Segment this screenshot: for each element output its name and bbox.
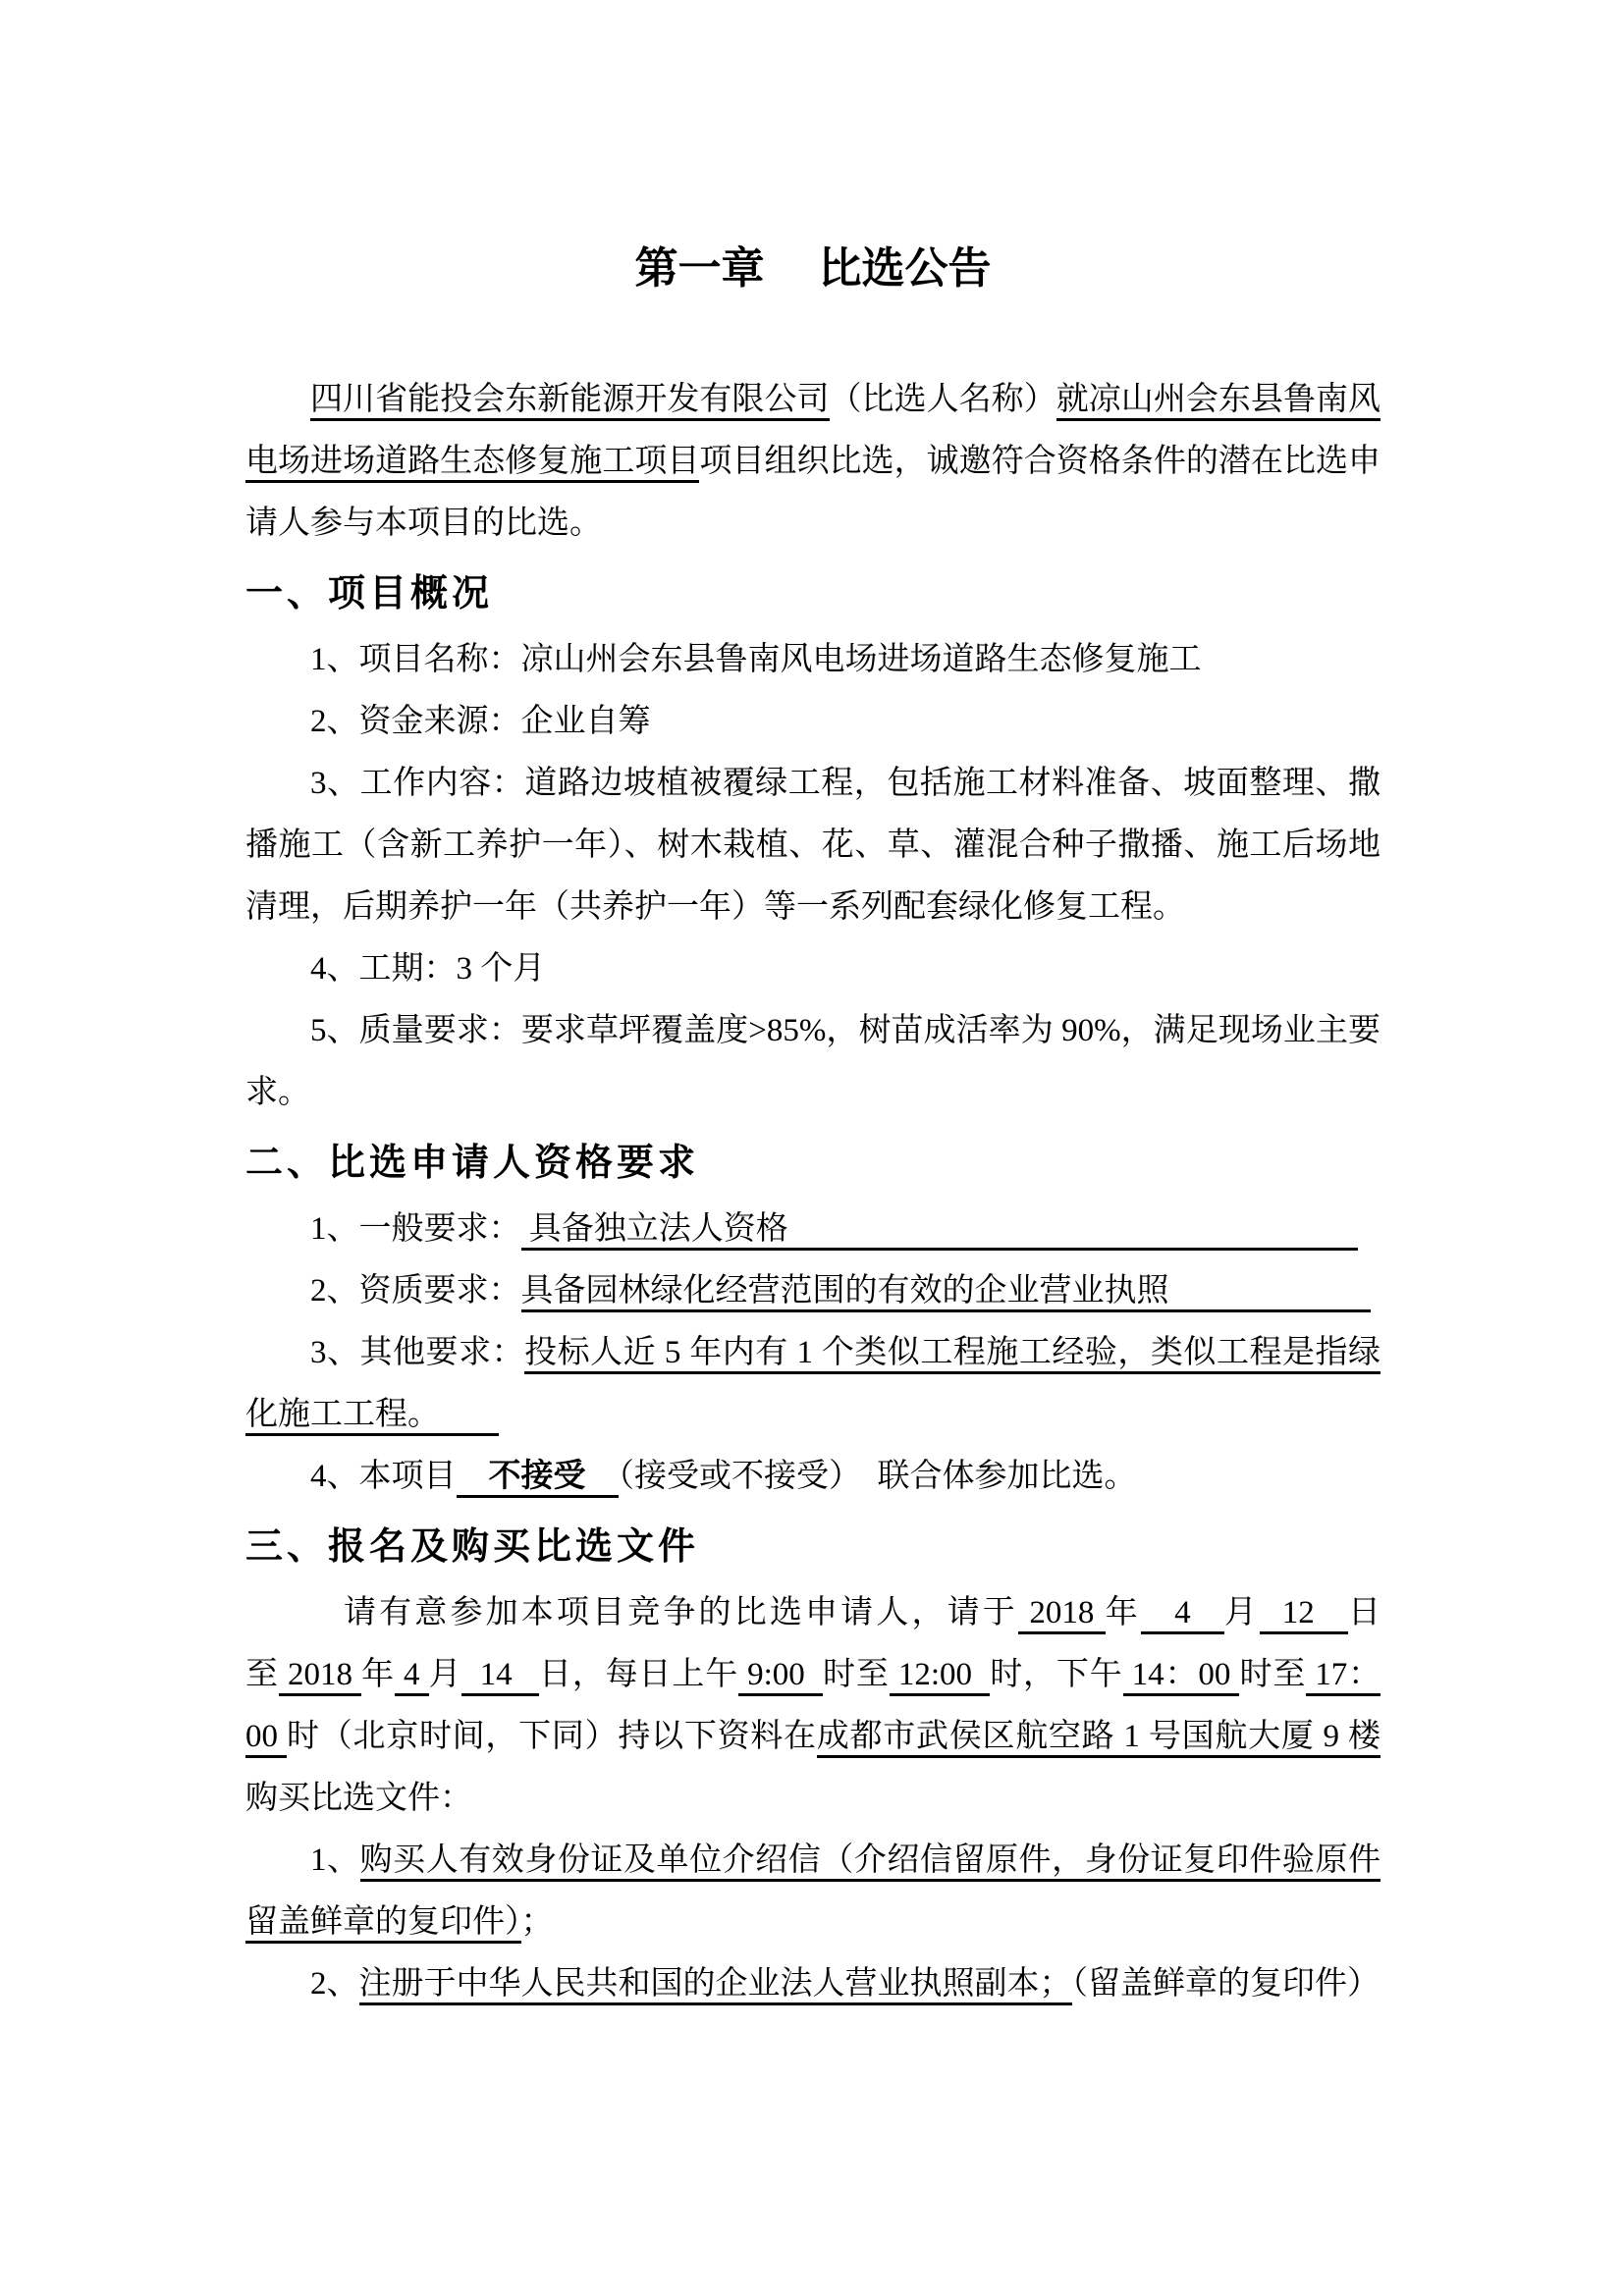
- text-run: 4: [395, 1657, 429, 1696]
- text-run: 时，下午: [990, 1657, 1122, 1692]
- text-run: 请有意参加本项目竞争的比选申请人，请于: [344, 1595, 1018, 1630]
- text-run: 三、报名及购买比选文件: [245, 1526, 699, 1568]
- text-run: 3、其他要求：: [310, 1335, 524, 1370]
- paragraph: 四川省能投会东新能源开发有限公司（比选人名称）就凉山州会东县鲁南风电场进场道路生…: [245, 369, 1380, 555]
- item: 1、购买人有效身份证及单位介绍信（介绍信留原件，身份证复印件验原件留盖鲜章的复印…: [245, 1830, 1380, 1953]
- text-run: 14：00: [1123, 1657, 1240, 1696]
- section-heading: 三、报名及购买比选文件: [245, 1512, 1380, 1582]
- text-run: 4: [1141, 1595, 1224, 1634]
- text-run: 9:00: [738, 1657, 823, 1696]
- section-heading: 一、项目概况: [245, 559, 1380, 629]
- text-run: 购买人有效身份证及单位介绍信（介绍信留原件，身份证复印件验原件留盖鲜章的复印件）: [245, 1842, 1380, 1944]
- document-page: 第一章 比选公告 四川省能投会东新能源开发有限公司（比选人名称）就凉山州会东县鲁…: [0, 0, 1624, 2296]
- text-run: 2、资金来源：企业自筹: [310, 704, 651, 739]
- document-title: 第一章 比选公告: [245, 234, 1380, 304]
- item: 3、工作内容：道路边坡植被覆绿工程，包括施工材料准备、坡面整理、撒播施工（含新工…: [245, 753, 1380, 938]
- item: 1、项目名称：凉山州会东县鲁南风电场进场道路生态修复施工: [245, 629, 1380, 691]
- item: 4、工期：3 个月: [245, 938, 1380, 1000]
- item: 5、质量要求：要求草坪覆盖度>85%，树苗成活率为 90%，满足现场业主要求。: [245, 1000, 1380, 1124]
- text-run: 14: [461, 1657, 538, 1696]
- item: 1、一般要求： 具备独立法人资格: [245, 1199, 1380, 1260]
- text-run: 时至: [1239, 1657, 1306, 1692]
- text-run: 3、工作内容：道路边坡植被覆绿工程，包括施工材料准备、坡面整理、撒播施工（含新工…: [245, 766, 1380, 925]
- text-run: 年: [1106, 1595, 1141, 1630]
- text-run: 2、: [310, 1966, 359, 2002]
- text-run: 月: [1224, 1595, 1260, 1630]
- item: 3、其他要求：投标人近 5 年内有 1 个类似工程施工经验，类似工程是指绿化施工…: [245, 1322, 1380, 1446]
- text-run: 购买比选文件：: [245, 1781, 472, 1816]
- text-run: 具备独立法人资格: [521, 1211, 1358, 1251]
- text-run: 具备园林绿化经营范围的有效的企业营业执照: [521, 1273, 1371, 1312]
- text-run: 成都市武侯区航空路 1 号国航大厦 9 楼: [817, 1719, 1380, 1758]
- text-run: 时（北京时间，下同）持以下资料在: [287, 1719, 817, 1754]
- text-run: （接受或不接受） 联合体参加比选。: [619, 1459, 1137, 1494]
- text-run: 2、资质要求：: [310, 1273, 521, 1308]
- text-run: 12:00: [890, 1657, 990, 1696]
- text-run: ；: [521, 1904, 554, 1940]
- text-run: 4、本项目: [310, 1459, 457, 1494]
- text-run: 时至: [823, 1657, 890, 1692]
- text-run: 2018: [1018, 1595, 1106, 1634]
- text-run: 四川省能投会东新能源开发有限公司: [310, 382, 830, 421]
- text-run: 4、工期：3 个月: [310, 951, 545, 987]
- text-run: 二、比选申请人资格要求: [245, 1143, 699, 1184]
- text-run: 1、一般要求：: [310, 1211, 521, 1247]
- section-heading: 二、比选申请人资格要求: [245, 1128, 1380, 1199]
- text-run: 月: [429, 1657, 462, 1692]
- text-run: 注册于中华人民共和国的企业法人营业执照副本；: [359, 1966, 1072, 2005]
- item: 2、注册于中华人民共和国的企业法人营业执照副本；（留盖鲜章的复印件）: [245, 1953, 1380, 2015]
- paragraph: 请有意参加本项目竞争的比选申请人，请于 2018 年 4 月 12 日至 201…: [245, 1582, 1380, 1830]
- document-body: 四川省能投会东新能源开发有限公司（比选人名称）就凉山州会东县鲁南风电场进场道路生…: [245, 369, 1380, 2015]
- text-run: （比选人名称）: [830, 382, 1056, 417]
- text-run: 一、项目概况: [245, 573, 493, 614]
- item: 2、资金来源：企业自筹: [245, 691, 1380, 753]
- text-run: 不接受: [457, 1459, 619, 1498]
- text-run: 年: [361, 1657, 395, 1692]
- text-run: 1、项目名称：凉山州会东县鲁南风电场进场道路生态修复施工: [310, 642, 1202, 677]
- text-run: 12: [1260, 1595, 1348, 1634]
- text-run: 1、: [310, 1842, 360, 1878]
- item: 4、本项目 不接受 （接受或不接受） 联合体参加比选。: [245, 1446, 1380, 1508]
- item: 2、资质要求：具备园林绿化经营范围的有效的企业营业执照: [245, 1260, 1380, 1322]
- text-run: 5、质量要求：要求草坪覆盖度>85%，树苗成活率为 90%，满足现场业主要求。: [245, 1013, 1380, 1110]
- text-run: 日，每日上午: [539, 1657, 738, 1692]
- text-run: 2018: [279, 1657, 361, 1696]
- text-run: （留盖鲜章的复印件）: [1072, 1966, 1380, 2002]
